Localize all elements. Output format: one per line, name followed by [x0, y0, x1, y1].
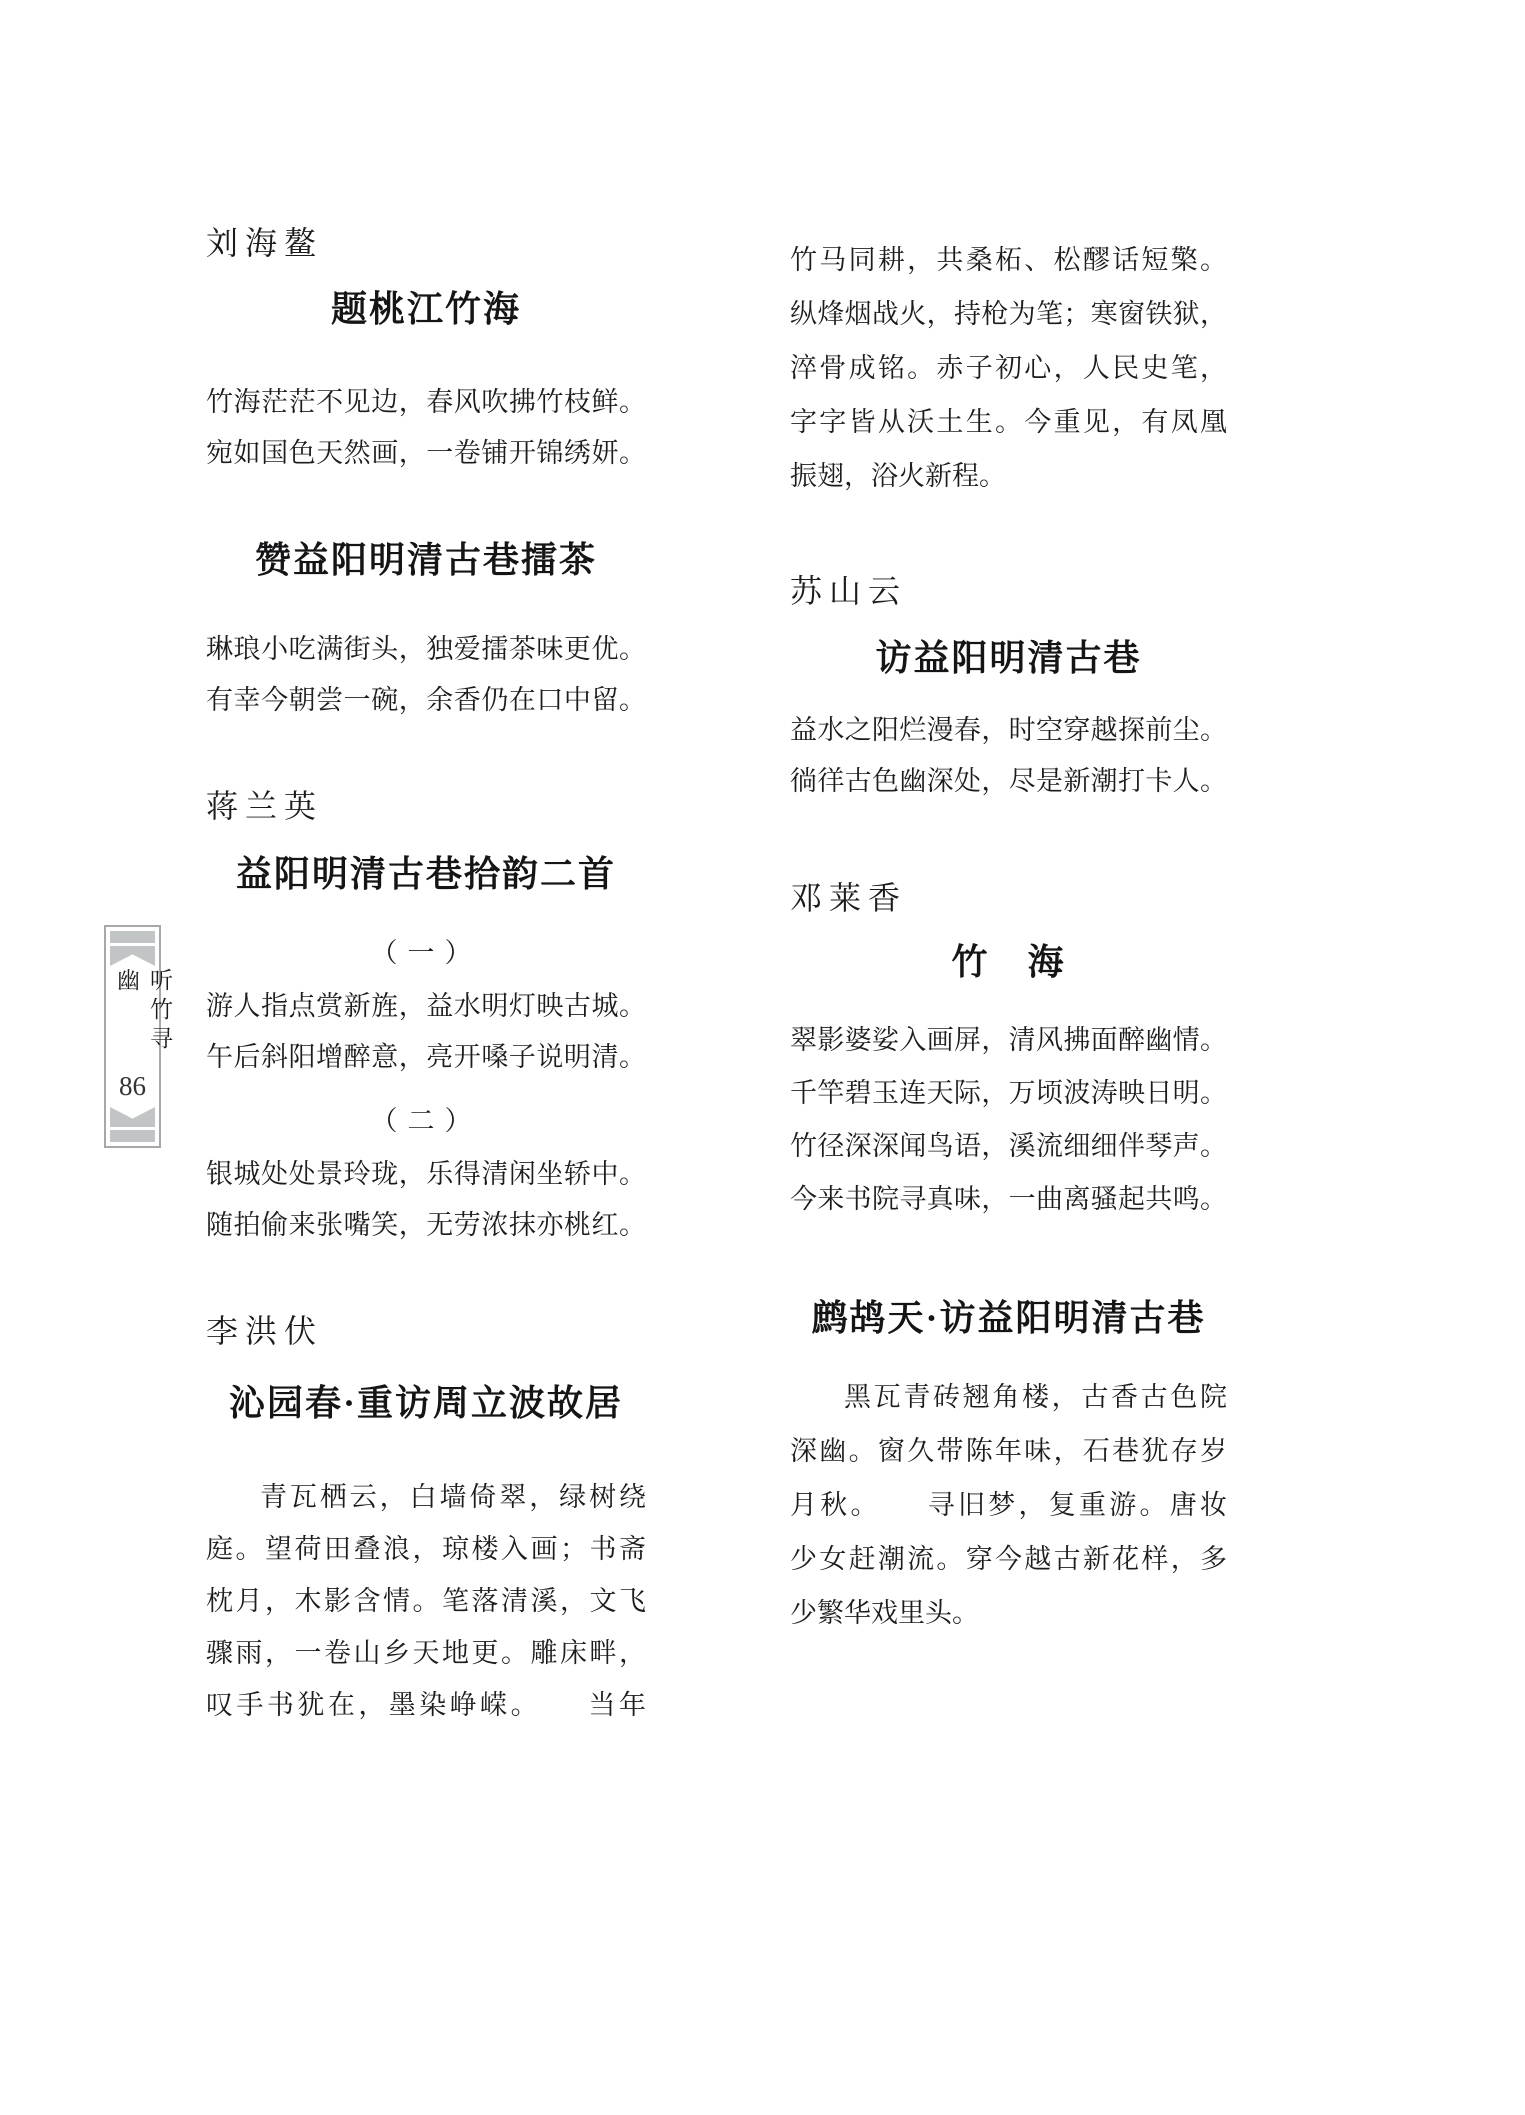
poem-line: 骤雨，一卷山乡天地更。雕床畔， — [206, 1627, 646, 1679]
poem-line: 字字皆从沃土生。今重见，有凤凰 — [790, 395, 1227, 449]
stanza-label: （一） — [206, 928, 646, 979]
bookmark-bottom-chevron — [110, 1107, 155, 1127]
poem-line: 少繁华戏里头。 — [790, 1586, 1227, 1640]
poem-line: 徜徉古色幽深处，尽是新潮打卡人。 — [790, 756, 1227, 807]
poem-verse: 游人指点赏新旌，益水明灯映古城。 午后斜阳增醉意，亮开嗓子说明清。 — [206, 981, 646, 1083]
poem-line: 月秋。 寻旧梦，复重游。唐妆 — [790, 1478, 1227, 1532]
poem-author: 李洪伏 — [206, 1308, 646, 1354]
poem-line: 淬骨成铭。赤子初心，人民史笔， — [790, 341, 1227, 395]
bookmark-vertical-title: 听竹寻幽 — [110, 968, 176, 1071]
poem-title: 赞益阳明清古巷擂茶 — [206, 535, 646, 585]
poem-line: 益水之阳烂漫春，时空穿越探前尘。 — [790, 705, 1227, 756]
poem-line: 翠影婆娑入画屏，清风拂面醉幽情。 — [790, 1014, 1227, 1067]
poem-paragraph: 黑瓦青砖翘角楼，古香古色院 深幽。窗久带陈年味，石巷犹存岁 月秋。 寻旧梦，复重… — [790, 1370, 1227, 1640]
poem-line: 竹径深深闻鸟语，溪流细细伴琴声。 — [790, 1120, 1227, 1173]
poem-line: 游人指点赏新旌，益水明灯映古城。 — [206, 981, 646, 1032]
poem-line: 青瓦栖云，白墙倚翠，绿树绕 — [206, 1471, 646, 1523]
poem-title: 益阳明清古巷拾韵二首 — [206, 849, 646, 899]
poem-line: 银城处处景玲珑，乐得清闲坐轿中。 — [206, 1149, 646, 1200]
poem-title: 题桃江竹海 — [206, 284, 646, 334]
page-number: 86 — [110, 1071, 155, 1101]
poem-line: 纵烽烟战火，持枪为笔；寒窗铁狱， — [790, 287, 1227, 341]
poem-paragraph: 青瓦栖云，白墙倚翠，绿树绕 庭。望荷田叠浪，琼楼入画；书斋 枕月，木影含情。笔落… — [206, 1471, 646, 1731]
book-page: 听竹寻幽 86 刘海鳌 题桃江竹海 竹海茫茫不见边，春风吹拂竹枝鲜。 宛如国色天… — [0, 0, 1525, 2115]
bookmark-top-chevron — [110, 946, 155, 966]
bookmark-top-bar — [110, 931, 155, 943]
bookmark-sidebar: 听竹寻幽 86 — [104, 925, 161, 1148]
poem-title: 鹧鸪天·访益阳明清古巷 — [790, 1293, 1227, 1343]
poem-author: 蒋兰英 — [206, 783, 646, 829]
poem-author: 刘海鳌 — [206, 220, 646, 266]
poem-line: 宛如国色天然画，一卷铺开锦绣妍。 — [206, 428, 646, 479]
poem-line: 叹手书犹在，墨染峥嵘。 当年 — [206, 1679, 646, 1731]
poem-verse: 翠影婆娑入画屏，清风拂面醉幽情。 千竿碧玉连天际，万顷波涛映日明。 竹径深深闻鸟… — [790, 1014, 1227, 1226]
poem-verse: 竹海茫茫不见边，春风吹拂竹枝鲜。 宛如国色天然画，一卷铺开锦绣妍。 — [206, 377, 646, 479]
poem-title: 访益阳明清古巷 — [790, 633, 1227, 683]
poem-paragraph-continued: 竹马同耕，共桑柘、松醪话短檠。 纵烽烟战火，持枪为笔；寒窗铁狱， 淬骨成铭。赤子… — [790, 233, 1227, 503]
bookmark-bottom-bar — [110, 1130, 155, 1142]
poem-line: 有幸今朝尝一碗，余香仍在口中留。 — [206, 675, 646, 726]
poem-line: 少女赶潮流。穿今越古新花样，多 — [790, 1532, 1227, 1586]
poem-line: 今来书院寻真味，一曲离骚起共鸣。 — [790, 1173, 1227, 1226]
poem-line: 午后斜阳增醉意，亮开嗓子说明清。 — [206, 1032, 646, 1083]
poem-verse: 益水之阳烂漫春，时空穿越探前尘。 徜徉古色幽深处，尽是新潮打卡人。 — [790, 705, 1227, 807]
poem-title: 沁园春·重访周立波故居 — [206, 1378, 646, 1428]
poem-line: 竹海茫茫不见边，春风吹拂竹枝鲜。 — [206, 377, 646, 428]
poem-line: 琳琅小吃满街头，独爱擂茶味更优。 — [206, 624, 646, 675]
poem-line: 振翅，浴火新程。 — [790, 449, 1227, 503]
poem-author: 邓莱香 — [790, 875, 1227, 921]
poem-line: 深幽。窗久带陈年味，石巷犹存岁 — [790, 1424, 1227, 1478]
poem-line: 庭。望荷田叠浪，琼楼入画；书斋 — [206, 1523, 646, 1575]
poem-line: 枕月，木影含情。笔落清溪，文飞 — [206, 1575, 646, 1627]
poem-line: 随拍偷来张嘴笑，无劳浓抹亦桃红。 — [206, 1200, 646, 1251]
poem-line: 黑瓦青砖翘角楼，古香古色院 — [790, 1370, 1227, 1424]
poem-line: 千竿碧玉连天际，万顷波涛映日明。 — [790, 1067, 1227, 1120]
poem-author: 苏山云 — [790, 568, 1227, 614]
poem-line: 竹马同耕，共桑柘、松醪话短檠。 — [790, 233, 1227, 287]
poem-verse: 银城处处景玲珑，乐得清闲坐轿中。 随拍偷来张嘴笑，无劳浓抹亦桃红。 — [206, 1149, 646, 1251]
stanza-label: （二） — [206, 1096, 646, 1147]
poem-verse: 琳琅小吃满街头，独爱擂茶味更优。 有幸今朝尝一碗，余香仍在口中留。 — [206, 624, 646, 726]
poem-title: 竹 海 — [790, 937, 1227, 987]
